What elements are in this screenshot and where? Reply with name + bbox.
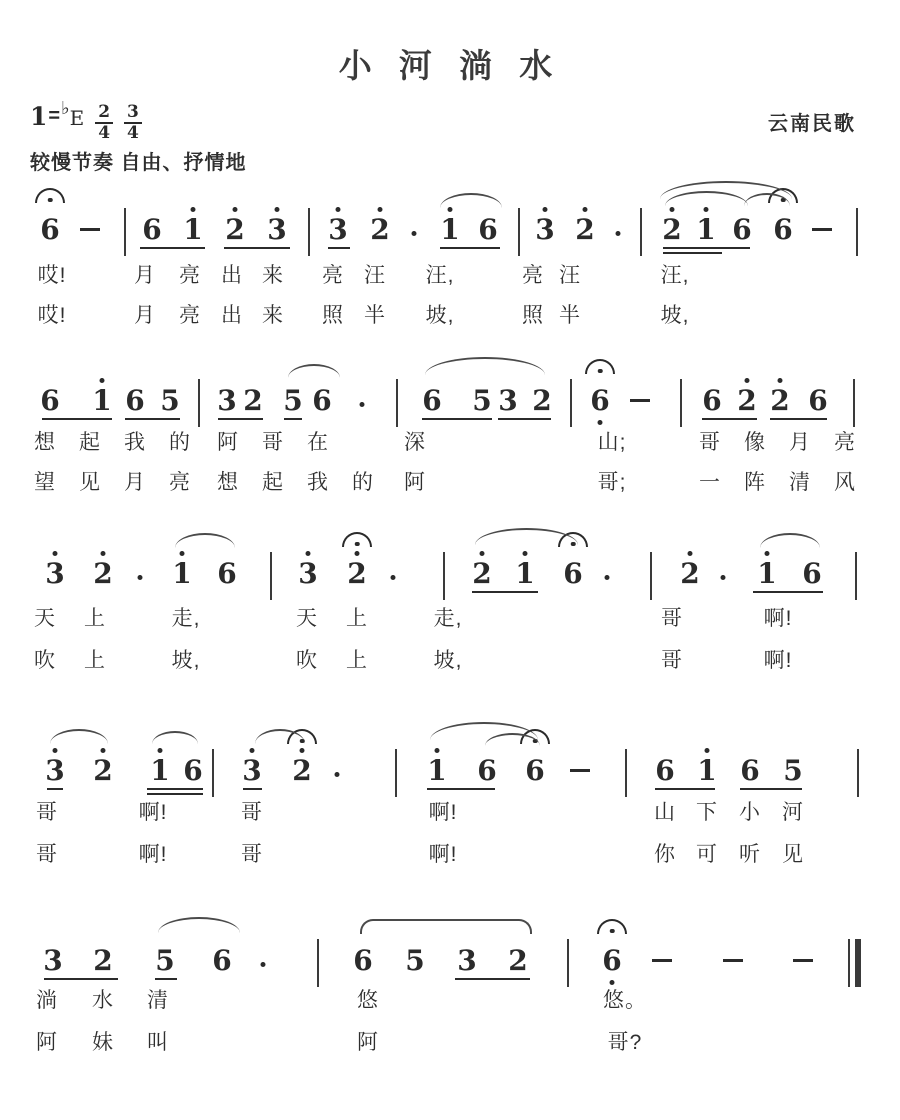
note: 5 [783, 757, 802, 785]
note: 1 [172, 560, 191, 588]
note: 1 [183, 216, 202, 244]
lyric-syllable-verse1: 深 [404, 430, 426, 455]
lyric-syllable-verse1: 像 [744, 430, 766, 455]
barline [124, 208, 126, 256]
note: 6 [40, 387, 59, 415]
augmentation-dot [721, 575, 726, 580]
octave-dot-high [705, 748, 710, 753]
barline [625, 749, 627, 797]
augmentation-dot [605, 575, 610, 580]
note: 3 [457, 947, 476, 975]
note: 2 [680, 560, 699, 588]
barline [395, 749, 397, 797]
slur [50, 729, 108, 744]
beam-underline [702, 418, 757, 420]
octave-dot-high [100, 378, 105, 383]
lyric-syllable-verse2: 叫 [147, 1030, 169, 1055]
beam-underline [125, 418, 180, 420]
note: 2 [93, 560, 112, 588]
augmentation-dot [616, 231, 621, 236]
lyric-syllable-verse2: 阿 [404, 470, 426, 495]
slur [175, 533, 235, 548]
note: 5 [472, 387, 491, 415]
barline [270, 552, 272, 600]
lyric-syllable-verse2: 可 [696, 842, 718, 867]
beam-underline [140, 247, 205, 249]
octave-dot-high [306, 551, 311, 556]
barline [518, 208, 520, 256]
beam-underline [663, 247, 750, 249]
slur [760, 533, 820, 548]
lyric-syllable-verse2: 风 [834, 470, 856, 495]
lyric-syllable-verse2: 清 [789, 470, 811, 495]
beam-underline [472, 591, 538, 593]
lyric-syllable-verse1: 天 [296, 606, 318, 631]
lyric-syllable-verse2: 照 [322, 303, 344, 328]
lyric-syllable-verse2: 上 [346, 648, 368, 673]
note: 6 [655, 757, 674, 785]
note: 6 [212, 947, 231, 975]
lyric-syllable-verse1: 清 [147, 988, 169, 1013]
octave-dot-low [598, 420, 603, 425]
augmentation-dot [138, 575, 143, 580]
lyric-syllable-verse1: 下 [696, 800, 718, 825]
note: 6 [702, 387, 721, 415]
lyric-syllable-verse1: 走, [434, 606, 463, 631]
beam-underline [427, 788, 495, 790]
lyric-syllable-verse1: 汪, [661, 263, 690, 288]
lyric-syllable-verse2: 来 [262, 303, 284, 328]
barline [680, 379, 682, 427]
duration-dash [793, 959, 813, 962]
lyric-syllable-verse2: 见 [79, 470, 101, 495]
note: 5 [405, 947, 424, 975]
lyric-syllable-verse1: 想 [34, 430, 56, 455]
lyric-syllable-verse1: 亮 [179, 263, 201, 288]
duration-dash [630, 399, 650, 402]
lyric-syllable-verse1: 的 [169, 430, 191, 455]
octave-dot-high [158, 748, 163, 753]
lyric-syllable-verse1: 哥 [262, 430, 284, 455]
lyric-syllable-verse1: 月 [789, 430, 811, 455]
octave-dot-high [191, 207, 196, 212]
note: 3 [43, 947, 62, 975]
lyric-syllable-verse2: 的 [352, 470, 374, 495]
slur [440, 193, 502, 208]
octave-dot-high [765, 551, 770, 556]
lyric-syllable-verse1: 我 [124, 430, 146, 455]
lyric-syllable-verse2: 啊! [429, 842, 458, 867]
octave-dot-high [101, 748, 106, 753]
lyric-syllable-verse2: 见 [782, 842, 804, 867]
fermata-icon [35, 188, 65, 203]
lyric-syllable-verse2: 坡, [172, 648, 201, 673]
fermata-icon [585, 359, 615, 374]
beam-underline [218, 418, 263, 420]
lyric-syllable-verse2: 听 [739, 842, 761, 867]
octave-dot-high [523, 551, 528, 556]
lyric-syllable-verse1: 上 [84, 606, 106, 631]
octave-dot-high [355, 551, 360, 556]
octave-dot-high [543, 207, 548, 212]
score-area: 661233216322166哎!月亮出来亮汪汪,亮汪汪,哎!月亮出来照半坡,照… [0, 0, 900, 1120]
lyric-syllable-verse1: 啊! [764, 606, 793, 631]
note: 5 [155, 947, 174, 975]
barline [212, 749, 214, 797]
note: 2 [472, 560, 491, 588]
octave-dot-high [300, 748, 305, 753]
octave-dot-high [480, 551, 485, 556]
lyric-syllable-verse2: 上 [84, 648, 106, 673]
lyric-syllable-verse1: 水 [92, 988, 114, 1013]
final-barline-thick [855, 939, 861, 987]
note: 6 [478, 216, 497, 244]
lyric-syllable-verse1: 河 [782, 800, 804, 825]
beam-underline [422, 418, 492, 420]
note: 6 [563, 560, 582, 588]
lyric-syllable-verse2: 一 [699, 470, 721, 495]
beam-underline [498, 418, 551, 420]
lyric-syllable-verse2: 哥? [608, 1030, 643, 1055]
octave-dot-high [275, 207, 280, 212]
duration-dash [80, 228, 100, 231]
octave-dot-high [180, 551, 185, 556]
barline [567, 939, 569, 987]
lyric-syllable-verse1: 哥 [36, 800, 58, 825]
beam-underline [147, 788, 203, 790]
slur [288, 364, 340, 378]
lyric-syllable-verse1: 亮 [322, 263, 344, 288]
lyric-syllable-verse2: 坡, [434, 648, 463, 673]
barline [570, 379, 572, 427]
note: 1 [150, 757, 169, 785]
octave-dot-high [378, 207, 383, 212]
augmentation-dot [360, 402, 365, 407]
barline [640, 208, 642, 256]
beam-underline [328, 247, 350, 249]
beam-underline [147, 793, 203, 795]
note: 6 [125, 387, 144, 415]
note: 2 [737, 387, 756, 415]
note: 5 [283, 387, 302, 415]
fermata-icon [597, 919, 627, 934]
beam-underline [284, 418, 302, 420]
beam-underline [753, 591, 823, 593]
lyric-syllable-verse1: 出 [221, 263, 243, 288]
note: 1 [696, 216, 715, 244]
note: 6 [802, 560, 821, 588]
lyric-syllable-verse2: 阿 [357, 1030, 379, 1055]
note: 6 [590, 387, 609, 415]
octave-dot-high [670, 207, 675, 212]
octave-dot-high [233, 207, 238, 212]
beam-underline [455, 978, 530, 980]
barline [396, 379, 398, 427]
lyric-syllable-verse1: 汪, [426, 263, 455, 288]
octave-dot-high [435, 748, 440, 753]
note: 2 [93, 947, 112, 975]
lyric-syllable-verse2: 妹 [92, 1030, 114, 1055]
fermata-icon [342, 532, 372, 547]
note: 6 [312, 387, 331, 415]
lyric-syllable-verse1: 哎! [38, 263, 67, 288]
barline [308, 208, 310, 256]
note: 2 [347, 560, 366, 588]
barline [198, 379, 200, 427]
barline [855, 552, 857, 600]
octave-dot-high [778, 378, 783, 383]
sheet-music-page: 小 河 淌 水 1 = ♭ E 2 4 3 4 云南民歌 较慢节奏 自由、抒情地… [0, 0, 900, 1120]
note: 2 [93, 757, 112, 785]
note: 1 [427, 757, 446, 785]
octave-dot-high [583, 207, 588, 212]
lyric-syllable-verse2: 啊! [139, 842, 168, 867]
note: 6 [353, 947, 372, 975]
lyric-syllable-verse1: 汪 [559, 263, 581, 288]
octave-dot-high [53, 551, 58, 556]
barline [856, 208, 858, 256]
note: 6 [477, 757, 496, 785]
duration-dash [652, 959, 672, 962]
augmentation-dot [412, 231, 417, 236]
note: 5 [160, 387, 179, 415]
final-barline-thin [848, 939, 850, 987]
slur [158, 917, 240, 933]
note: 2 [770, 387, 789, 415]
octave-dot-high [101, 551, 106, 556]
lyric-syllable-verse1: 亮 [522, 263, 544, 288]
beam-underline [770, 418, 827, 420]
lyric-syllable-verse2: 月 [134, 303, 156, 328]
lyric-syllable-verse1: 上 [346, 606, 368, 631]
lyric-syllable-verse1: 在 [307, 430, 329, 455]
lyric-syllable-verse2: 亮 [179, 303, 201, 328]
note: 3 [45, 560, 64, 588]
note: 6 [740, 757, 759, 785]
note: 1 [757, 560, 776, 588]
lyric-syllable-verse2: 月 [124, 470, 146, 495]
note: 3 [45, 757, 64, 785]
lyric-syllable-verse2: 想 [217, 470, 239, 495]
lyric-syllable-verse2: 坡, [661, 303, 690, 328]
note: 2 [508, 947, 527, 975]
note: 1 [697, 757, 716, 785]
note: 6 [422, 387, 441, 415]
note: 2 [292, 757, 311, 785]
beam-underline [42, 418, 112, 420]
note: 2 [225, 216, 244, 244]
note: 2 [243, 387, 262, 415]
note: 2 [662, 216, 681, 244]
lyric-syllable-verse1: 淌 [36, 988, 58, 1013]
lyric-syllable-verse1: 亮 [834, 430, 856, 455]
beam-underline [740, 788, 802, 790]
lyric-syllable-verse2: 哥 [36, 842, 58, 867]
note: 2 [575, 216, 594, 244]
lyric-syllable-verse2: 我 [307, 470, 329, 495]
barline [443, 552, 445, 600]
lyric-syllable-verse1: 山; [598, 430, 627, 455]
barline [650, 552, 652, 600]
note: 3 [328, 216, 347, 244]
note: 3 [498, 387, 517, 415]
barline [317, 939, 319, 987]
note: 1 [515, 560, 534, 588]
lyric-syllable-verse2: 坡, [426, 303, 455, 328]
lyric-syllable-verse1: 山 [654, 800, 676, 825]
lyric-syllable-verse2: 起 [262, 470, 284, 495]
lyric-syllable-verse1: 阿 [217, 430, 239, 455]
beam-underline [47, 788, 63, 790]
octave-dot-low [610, 980, 615, 985]
lyric-syllable-verse2: 出 [221, 303, 243, 328]
note: 6 [40, 216, 59, 244]
lyric-syllable-verse2: 啊! [764, 648, 793, 673]
duration-dash [570, 769, 590, 772]
beam-underline [44, 978, 118, 980]
lyric-syllable-verse2: 照 [522, 303, 544, 328]
slur [475, 528, 578, 545]
note: 6 [217, 560, 236, 588]
beam-underline [224, 247, 290, 249]
beam-underline [440, 247, 500, 249]
lyric-syllable-verse2: 亮 [169, 470, 191, 495]
lyric-syllable-verse1: 悠 [357, 988, 379, 1013]
note: 6 [773, 216, 792, 244]
note: 6 [602, 947, 621, 975]
lyric-syllable-verse2: 吹 [34, 648, 56, 673]
lyric-syllable-verse1: 月 [134, 263, 156, 288]
octave-dot-high [688, 551, 693, 556]
duration-dash [723, 959, 743, 962]
note: 1 [92, 387, 111, 415]
note: 2 [532, 387, 551, 415]
lyric-syllable-verse1: 哥 [661, 606, 683, 631]
note: 1 [440, 216, 459, 244]
lyric-syllable-verse1: 啊! [429, 800, 458, 825]
lyric-syllable-verse2: 半 [364, 303, 386, 328]
lyric-syllable-verse1: 来 [262, 263, 284, 288]
note: 3 [535, 216, 554, 244]
beam-underline [155, 978, 177, 980]
lyric-syllable-verse2: 吹 [296, 648, 318, 673]
note: 6 [142, 216, 161, 244]
lyric-syllable-verse2: 阿 [36, 1030, 58, 1055]
lyric-syllable-verse2: 哥 [241, 842, 263, 867]
lyric-syllable-verse2: 阵 [744, 470, 766, 495]
note: 3 [242, 757, 261, 785]
octave-dot-high [704, 207, 709, 212]
lyric-syllable-verse2: 哎! [38, 303, 67, 328]
slur [152, 731, 198, 744]
barline [853, 379, 855, 427]
note: 6 [183, 757, 202, 785]
note: 3 [298, 560, 317, 588]
beam-underline [243, 788, 262, 790]
lyric-syllable-verse1: 哥 [241, 800, 263, 825]
octave-dot-high [250, 748, 255, 753]
lyric-syllable-verse2: 你 [654, 842, 676, 867]
octave-dot-high [336, 207, 341, 212]
lyric-syllable-verse1: 汪 [364, 263, 386, 288]
lyric-syllable-verse1: 起 [79, 430, 101, 455]
octave-dot-high [745, 378, 750, 383]
beam-underline [663, 252, 722, 254]
lyric-syllable-verse1: 小 [739, 800, 761, 825]
lyric-syllable-verse2: 哥 [661, 648, 683, 673]
augmentation-dot [261, 962, 266, 967]
lyric-syllable-verse1: 走, [172, 606, 201, 631]
lyric-syllable-verse1: 哥 [699, 430, 721, 455]
lyric-syllable-verse2: 哥; [598, 470, 627, 495]
augmentation-dot [335, 772, 340, 777]
note: 6 [808, 387, 827, 415]
lyric-syllable-verse1: 天 [34, 606, 56, 631]
duration-dash [812, 228, 832, 231]
slur [425, 357, 545, 375]
note: 6 [525, 757, 544, 785]
lyric-syllable-verse1: 悠。 [603, 988, 647, 1013]
augmentation-dot [391, 575, 396, 580]
lyric-syllable-verse2: 望 [34, 470, 56, 495]
note: 6 [732, 216, 751, 244]
barline [857, 749, 859, 797]
slur [360, 919, 532, 934]
beam-underline [655, 788, 715, 790]
lyric-syllable-verse1: 啊! [139, 800, 168, 825]
lyric-syllable-verse2: 半 [559, 303, 581, 328]
note: 3 [217, 387, 236, 415]
octave-dot-high [53, 748, 58, 753]
note: 2 [370, 216, 389, 244]
note: 3 [267, 216, 286, 244]
